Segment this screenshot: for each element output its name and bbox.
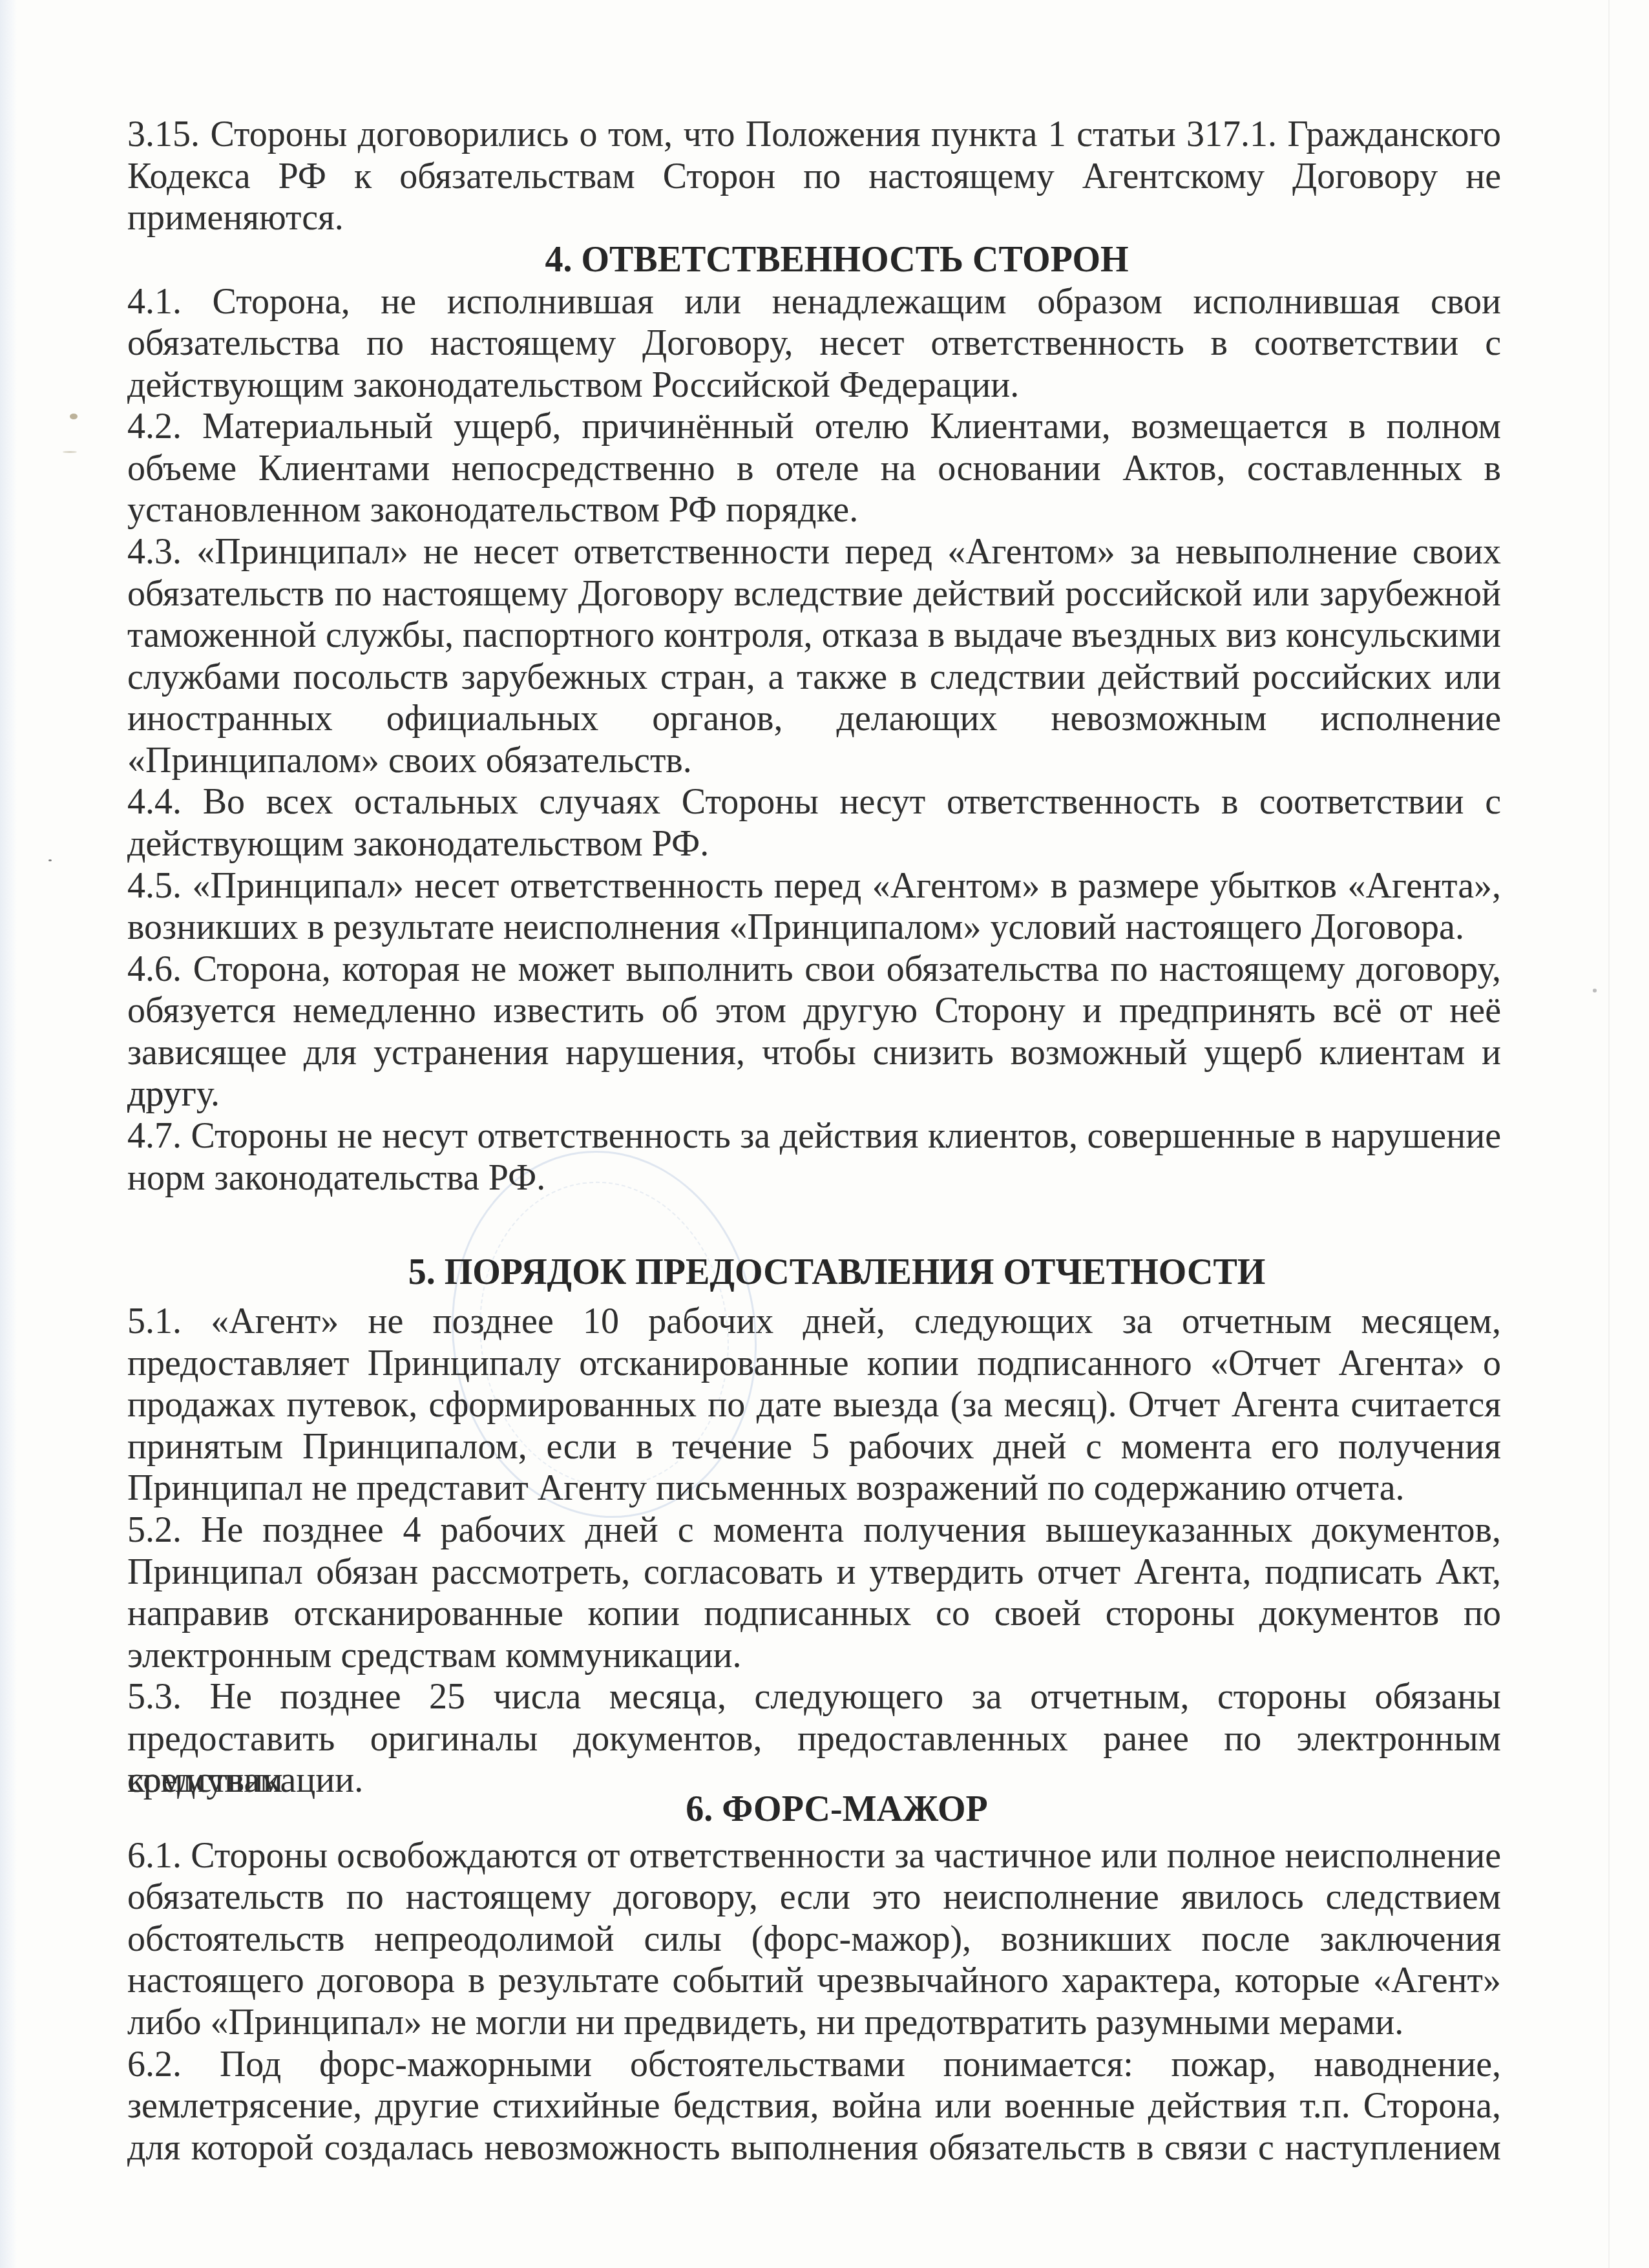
paragraph-3-15-line: 3.15. Стороны договорились о том, что По… [127, 114, 1501, 155]
section-heading-5: 5. ПОРЯДОК ПРЕДОСТАВЛЕНИЯ ОТЧЕТНОСТИ [127, 1252, 1501, 1293]
paragraph-6-1-line: настоящего договора в результате событий… [127, 1960, 1501, 2001]
paragraph-4-4-line: 4.4. Во всех остальных случаях Стороны н… [127, 781, 1501, 823]
paragraph-4-4-line: действующим законодательством РФ. [127, 823, 1501, 865]
paragraph-4-3-line: «Принципалом» своих обязательств. [127, 740, 1501, 781]
paragraph-4-3-line: службами посольств зарубежных стран, а т… [127, 656, 1501, 698]
paragraph-4-1-line: 4.1. Сторона, не исполнившая или ненадле… [127, 281, 1501, 322]
paper-speck [63, 451, 77, 453]
paragraph-4-1-line: действующим законодательством Российской… [127, 364, 1501, 406]
paragraph-4-6-line: зависящее для устранения нарушения, чтоб… [127, 1032, 1501, 1073]
paragraph-4-3-line: таможенной службы, паспортного контроля,… [127, 614, 1501, 656]
paragraph-5-2-line: Принципал обязан рассмотреть, согласоват… [127, 1551, 1501, 1593]
paragraph-4-6-line: 4.6. Сторона, которая не может выполнить… [127, 949, 1501, 990]
scan-edge [0, 0, 17, 2268]
paragraph-6-2-line: для которой создалась невозможность выпо… [127, 2127, 1501, 2168]
paragraph-5-1-line: Принципал не представит Агенту письменны… [127, 1467, 1501, 1509]
paragraph-4-2-line: объеме Клиентами непосредственно в отеле… [127, 448, 1501, 489]
section-heading-4: 4. ОТВЕТСТВЕННОСТЬ СТОРОН [127, 239, 1501, 280]
paragraph-5-3-line: предоставить оригиналы документов, предо… [127, 1718, 1501, 1759]
paragraph-6-1-line: 6.1. Стороны освобождаются от ответствен… [127, 1835, 1501, 1876]
paragraph-4-5-line: 4.5. «Принципал» несет ответственность п… [127, 865, 1501, 907]
paragraph-4-7-line: норм законодательства РФ. [127, 1157, 1501, 1199]
paper-speck [70, 414, 78, 419]
paragraph-5-1-line: предоставляет Принципалу отсканированные… [127, 1343, 1501, 1384]
paragraph-6-1-line: обстоятельств непреодолимой силы (форс-м… [127, 1918, 1501, 1960]
paragraph-4-2-line: 4.2. Материальный ущерб, причинённый оте… [127, 406, 1501, 447]
paragraph-5-1-line: 5.1. «Агент» не позднее 10 рабочих дней,… [127, 1301, 1501, 1342]
paragraph-4-6-line: обязуется немедленно известить об этом д… [127, 990, 1501, 1031]
paragraph-6-1-line: либо «Принципал» не могли ни предвидеть,… [127, 2002, 1501, 2043]
paragraph-4-5-line: возникших в результате неисполнения «При… [127, 907, 1501, 948]
paper-speck [48, 859, 52, 861]
paragraph-3-15-line: применяются. [127, 197, 1501, 238]
paragraph-4-3-line: 4.3. «Принципал» не несет ответственност… [127, 531, 1501, 572]
scan-edge-line [1608, 0, 1610, 2268]
paragraph-6-2-line: землетрясение, другие стихийные бедствия… [127, 2085, 1501, 2126]
paragraph-5-2-line: направив отсканированные копии подписанн… [127, 1593, 1501, 1634]
paragraph-6-2-line: 6.2. Под форс-мажорными обстоятельствами… [127, 2044, 1501, 2085]
paragraph-5-1-line: принятым Принципалом, если в течение 5 р… [127, 1426, 1501, 1467]
paragraph-3-15-line: Кодекса РФ к обязательствам Сторон по на… [127, 156, 1501, 197]
paragraph-5-1-line: продажах путевок, сформированных по дате… [127, 1384, 1501, 1425]
paragraph-6-1-line: обязательств по настоящему договору, есл… [127, 1876, 1501, 1918]
paragraph-5-2-line: 5.2. Не позднее 4 рабочих дней с момента… [127, 1509, 1501, 1551]
paragraph-4-3-line: иностранных официальных органов, делающи… [127, 698, 1501, 739]
section-heading-6: 6. ФОРС-МАЖОР [127, 1789, 1501, 1830]
paragraph-4-1-line: обязательства по настоящему Договору, не… [127, 322, 1501, 364]
paper-speck [1593, 989, 1597, 992]
paragraph-4-7-line: 4.7. Стороны не несут ответственность за… [127, 1115, 1501, 1157]
paragraph-4-2-line: установленном законодательством РФ поряд… [127, 489, 1501, 530]
paragraph-4-6-line: другу. [127, 1073, 1501, 1115]
paragraph-5-2-line: электронным средствам коммуникации. [127, 1635, 1501, 1676]
paragraph-4-3-line: обязательств по настоящему Договору всле… [127, 573, 1501, 614]
paragraph-5-3-line: 5.3. Не позднее 25 числа месяца, следующ… [127, 1676, 1501, 1717]
